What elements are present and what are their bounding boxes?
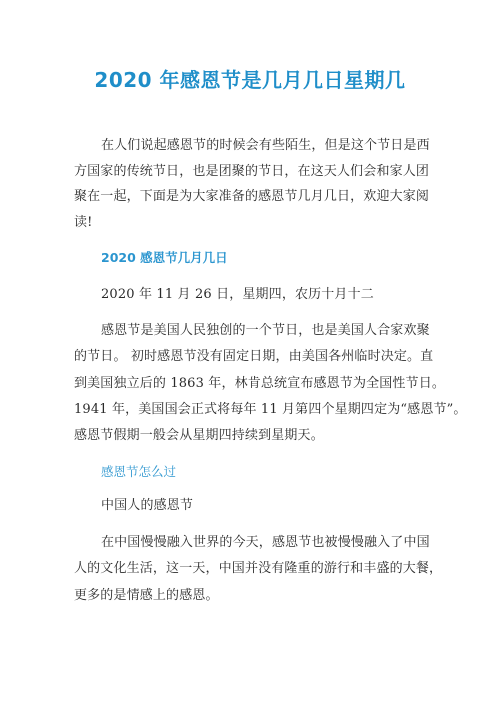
paragraph-line: 聚在一起，下面是为大家准备的感恩节几月几日，欢迎大家阅 (74, 188, 419, 206)
paragraph-line: 方国家的传统节日，也是团聚的节日，在这天人们会和家人团 (74, 163, 419, 181)
paragraph-line: 读! (74, 214, 419, 232)
paragraph-line: 在人们说起感恩节的时候会有些陌生，但是这个节日是西 (101, 137, 446, 155)
paragraph-line: 更多的是情感上的感恩。 (74, 587, 419, 605)
paragraph-line: 的节日。 初时感恩节没有固定日期，由美国各州临时决定。直 (74, 348, 419, 366)
date-line: 2020 年 11 月 26 日，星期四，农历十月十二 (101, 286, 446, 304)
paragraph-line: 感恩节假期一般会从星期四持续到星期天。 (74, 427, 419, 445)
paragraph-line: 在中国慢慢融入世界的今天，感恩节也被慢慢融入了中国 (101, 534, 446, 552)
paragraph-line: 感恩节是美国人民独创的一个节日，也是美国人合家欢聚 (101, 322, 446, 340)
section-heading: 2020 感恩节几月几日 (101, 249, 228, 267)
document-title: 2020 年感恩节是几月几日星期几 (0, 66, 500, 94)
paragraph-line: 到美国独立后的 1863 年，林肯总统宣布感恩节为全国性节日。 (74, 375, 419, 393)
subheading: 中国人的感恩节 (101, 497, 446, 515)
paragraph-line: 人的文化生活，这一天，中国并没有隆重的游行和丰盛的大餐， (74, 560, 419, 578)
paragraph-line: 1941 年，美国国会正式将每年 11 月第四个星期四定为“感恩节”。 (74, 401, 419, 419)
section-heading: 感恩节怎么过 (101, 463, 176, 481)
document-page: 2020 年感恩节是几月几日星期几 在人们说起感恩节的时候会有些陌生，但是这个节… (0, 0, 500, 708)
